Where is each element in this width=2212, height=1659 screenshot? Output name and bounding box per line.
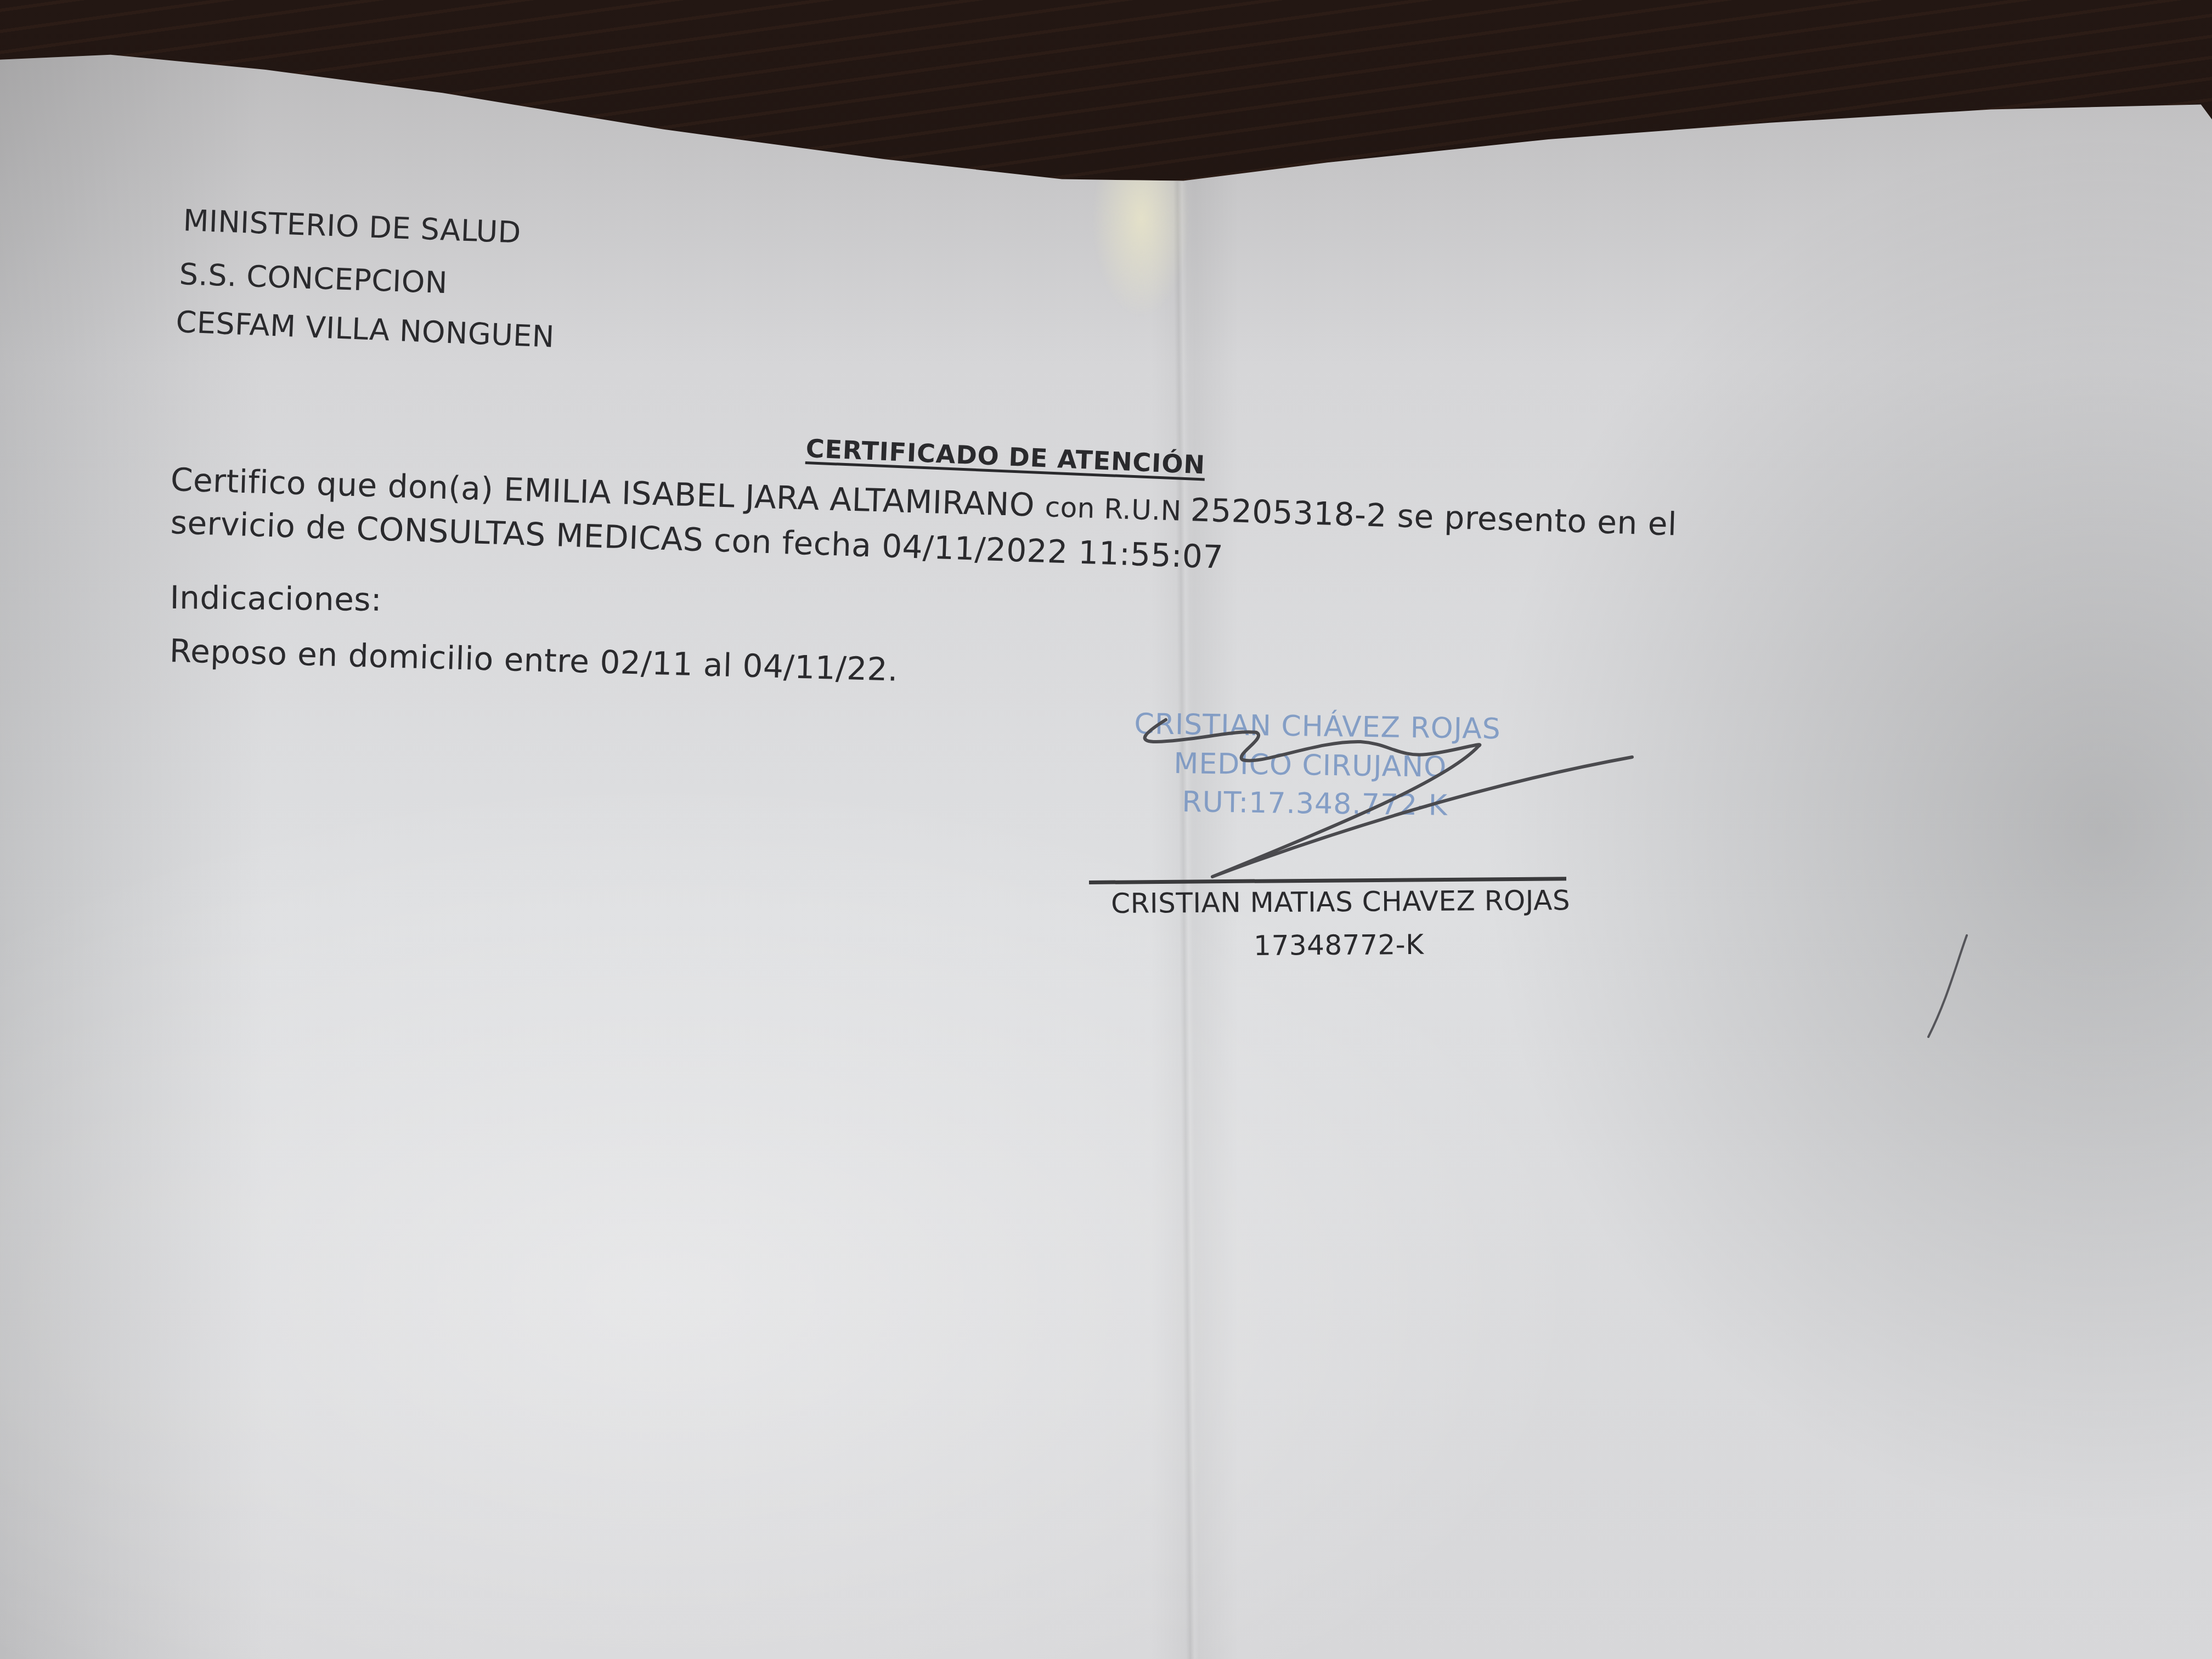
signer-id: 17348772-K [1254,929,1424,962]
stray-pen-mark [1928,935,1967,1037]
indications-text: Reposo en domicilio entre 02/11 al 04/11… [169,632,899,689]
header-ministry: MINISTERIO DE SALUD [183,203,522,250]
body-line-1-con: con [1045,491,1104,524]
signer-name: CRISTIAN MATIAS CHAVEZ ROJAS [1111,884,1570,919]
body-line-1-run-label: R.U.N [1104,493,1191,527]
certificate-title: CERTIFICADO DE ATENCIÓN [805,433,1206,479]
doctor-stamp-name: CRISTIAN CHÁVEZ ROJAS [1134,708,1501,746]
body-line-1-suffix: 25205318-2 se presento en el [1190,491,1678,543]
header-facility: CESFAM VILLA NONGUEN [175,304,555,354]
doctor-stamp-rut: RUT:17.348.772-K [1182,786,1448,822]
header-health-service: S.S. CONCEPCION [179,257,448,300]
indications-label: Indicaciones: [170,579,382,618]
signature-line [1089,877,1566,884]
paper-sheet: MINISTERIO DE SALUD S.S. CONCEPCION CESF… [0,0,2212,1659]
paper-fold-crease [1173,181,1199,1659]
doctor-stamp-title: MEDICO CIRUJANO [1173,747,1447,784]
